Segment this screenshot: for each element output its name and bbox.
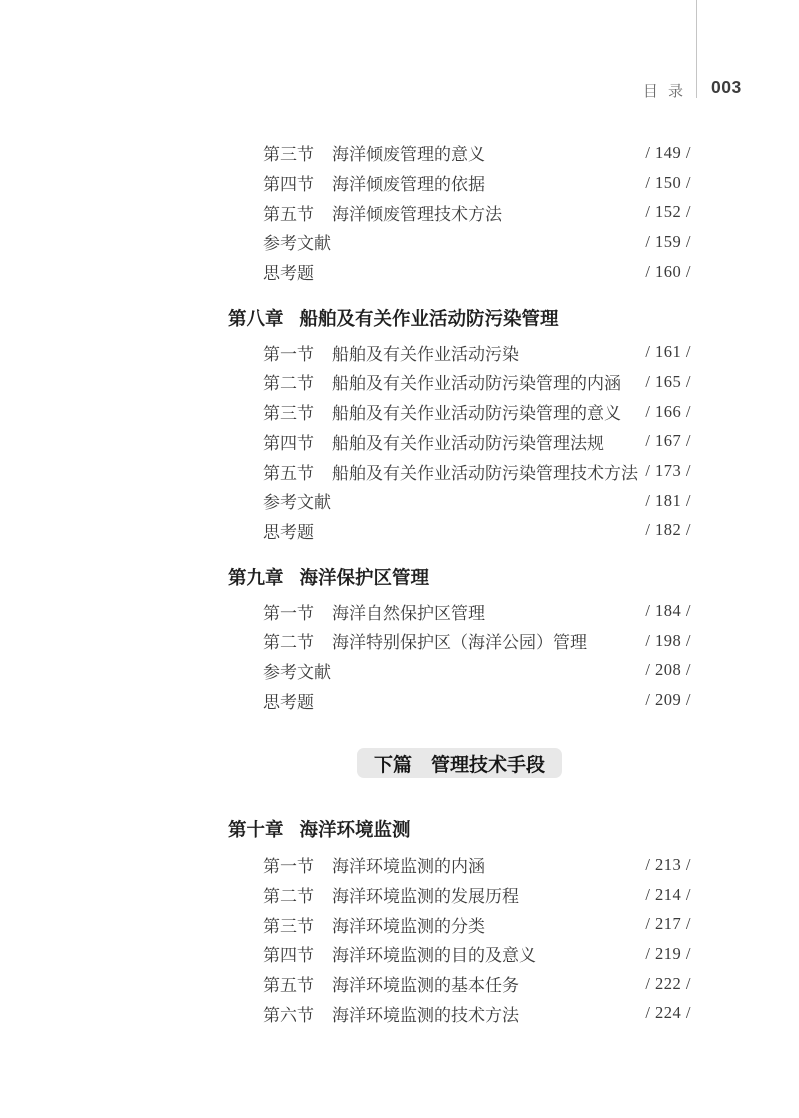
toc-entry-title: 船舶及有关作业活动防污染管理技术方法 — [332, 459, 638, 484]
toc-entry-label: 第三节 — [263, 399, 314, 424]
toc-entry-questions: 思考题 / 209 / — [228, 685, 691, 715]
toc-entry-title: 参考文献 — [263, 488, 331, 513]
chapter-label: 第十章 — [228, 816, 284, 842]
toc-entry-page: / 214 / — [639, 885, 691, 905]
toc-entry-page: / 166 / — [639, 402, 691, 422]
toc-entry-title: 海洋环境监测的发展历程 — [332, 882, 519, 907]
toc-entry: 第三节 海洋倾废管理的意义 / 149 / — [228, 138, 691, 168]
toc-entry-page: / 161 / — [639, 342, 691, 362]
toc-entry-page: / 208 / — [639, 660, 691, 680]
toc-entry-page: / 149 / — [639, 143, 691, 163]
toc-entry: 第四节 船舶及有关作业活动防污染管理法规 / 167 / — [228, 427, 691, 457]
toc-entry-label: 第四节 — [263, 429, 314, 454]
chapter-heading: 第九章 海洋保护区管理 — [228, 562, 691, 592]
toc-entry-label: 第三节 — [263, 912, 314, 937]
chapter-title: 海洋保护区管理 — [300, 564, 430, 590]
toc-entry: 第三节 海洋环境监测的分类 / 217 / — [228, 909, 691, 939]
toc-entry-title: 思考题 — [263, 688, 314, 713]
toc-entry-title: 海洋自然保护区管理 — [332, 599, 485, 624]
toc-entry-page: / 198 / — [639, 631, 691, 651]
toc-entry: 第一节 船舶及有关作业活动污染 / 161 / — [228, 337, 691, 367]
toc-entry-label: 第五节 — [263, 200, 314, 225]
toc-entry-page: / 159 / — [639, 232, 691, 252]
toc-entry: 第五节 海洋倾废管理技术方法 / 152 / — [228, 197, 691, 227]
toc-entry-title: 海洋环境监测的内涵 — [332, 852, 485, 877]
toc-entry-questions: 思考题 / 160 / — [228, 257, 691, 287]
toc-entry-page: / 181 / — [639, 491, 691, 511]
part-banner-title: 管理技术手段 — [431, 750, 545, 777]
toc-entry-page: / 182 / — [639, 520, 691, 540]
toc-entry: 第五节 海洋环境监测的基本任务 / 222 / — [228, 969, 691, 999]
header-section-label: 目 录 — [643, 80, 686, 101]
toc-entry-page: / 165 / — [639, 372, 691, 392]
toc-entry-label: 第一节 — [263, 599, 314, 624]
toc-entry-page: / 152 / — [639, 202, 691, 222]
chapter-label: 第八章 — [228, 305, 284, 331]
toc-entry-label: 第二节 — [263, 369, 314, 394]
toc-entry: 第二节 海洋环境监测的发展历程 / 214 / — [228, 880, 691, 910]
toc-entry-title: 思考题 — [263, 259, 314, 284]
toc-entry-page: / 209 / — [639, 690, 691, 710]
toc-entry-title: 海洋倾废管理的依据 — [332, 170, 485, 195]
toc-entry-label: 第四节 — [263, 941, 314, 966]
toc-entry-label: 第六节 — [263, 1001, 314, 1026]
toc-block-dumping-sections: 第三节 海洋倾废管理的意义 / 149 / 第四节 海洋倾废管理的依据 / 15… — [228, 138, 691, 286]
toc-entry: 第一节 海洋环境监测的内涵 / 213 / — [228, 850, 691, 880]
header-page-number: 003 — [711, 77, 742, 98]
toc-entry-title: 思考题 — [263, 518, 314, 543]
toc-entry-page: / 213 / — [639, 855, 691, 875]
toc-entry-title: 海洋环境监测的基本任务 — [332, 971, 519, 996]
toc-entry-page: / 219 / — [639, 944, 691, 964]
table-of-contents: 第三节 海洋倾废管理的意义 / 149 / 第四节 海洋倾废管理的依据 / 15… — [228, 138, 691, 1028]
toc-entry-label: 第二节 — [263, 628, 314, 653]
toc-entry-page: / 184 / — [639, 601, 691, 621]
toc-entry-questions: 思考题 / 182 / — [228, 516, 691, 546]
toc-entry: 第二节 海洋特别保护区（海洋公园）管理 / 198 / — [228, 626, 691, 656]
toc-entry-title: 海洋倾废管理技术方法 — [332, 200, 502, 225]
part-banner-part: 下篇 — [374, 750, 412, 777]
toc-entry-references: 参考文献 / 181 / — [228, 486, 691, 516]
toc-entry-title: 船舶及有关作业活动防污染管理的内涵 — [332, 369, 621, 394]
toc-entry: 第一节 海洋自然保护区管理 / 184 / — [228, 596, 691, 626]
header-divider-rule — [696, 0, 697, 98]
toc-block-chapter-10: 第十章 海洋环境监测 第一节 海洋环境监测的内涵 / 213 / 第二节 海洋环… — [228, 814, 691, 1028]
book-page: { "header": { "section_label": "目 录", "p… — [0, 0, 799, 1118]
toc-entry-page: / 224 / — [639, 1003, 691, 1023]
toc-block-chapter-9: 第九章 海洋保护区管理 第一节 海洋自然保护区管理 / 184 / 第二节 海洋… — [228, 562, 691, 715]
toc-entry-label: 第三节 — [263, 140, 314, 165]
toc-entry-label: 第一节 — [263, 852, 314, 877]
toc-entry: 第六节 海洋环境监测的技术方法 / 224 / — [228, 998, 691, 1028]
toc-entry-title: 海洋倾废管理的意义 — [332, 140, 485, 165]
toc-entry: 第四节 海洋倾废管理的依据 / 150 / — [228, 168, 691, 198]
toc-entry: 第二节 船舶及有关作业活动防污染管理的内涵 / 165 / — [228, 367, 691, 397]
toc-entry: 第五节 船舶及有关作业活动防污染管理技术方法 / 173 / — [228, 456, 691, 486]
toc-entry-title: 船舶及有关作业活动污染 — [332, 340, 519, 365]
toc-entry-page: / 160 / — [639, 262, 691, 282]
chapter-label: 第九章 — [228, 564, 284, 590]
toc-entry-label: 第四节 — [263, 170, 314, 195]
toc-entry-page: / 217 / — [639, 914, 691, 934]
toc-entry-page: / 150 / — [639, 173, 691, 193]
toc-entry-title: 海洋特别保护区（海洋公园）管理 — [332, 628, 587, 653]
toc-entry-title: 船舶及有关作业活动防污染管理法规 — [332, 429, 604, 454]
toc-entry: 第三节 船舶及有关作业活动防污染管理的意义 / 166 / — [228, 397, 691, 427]
toc-entry-label: 第二节 — [263, 882, 314, 907]
toc-entry-references: 参考文献 / 208 / — [228, 656, 691, 686]
toc-entry-label: 第一节 — [263, 340, 314, 365]
part-banner: 下篇 管理技术手段 — [357, 748, 562, 778]
chapter-title: 船舶及有关作业活动防污染管理 — [300, 305, 559, 331]
toc-entry-label: 第五节 — [263, 971, 314, 996]
toc-entry-title: 参考文献 — [263, 658, 331, 683]
toc-entry-title: 海洋环境监测的目的及意义 — [332, 941, 536, 966]
toc-entry-title: 海洋环境监测的分类 — [332, 912, 485, 937]
toc-entry: 第四节 海洋环境监测的目的及意义 / 219 / — [228, 939, 691, 969]
toc-entry-page: / 222 / — [639, 974, 691, 994]
chapter-heading: 第十章 海洋环境监测 — [228, 814, 691, 844]
toc-block-chapter-8: 第八章 船舶及有关作业活动防污染管理 第一节 船舶及有关作业活动污染 / 161… — [228, 303, 691, 545]
toc-entry-page: / 173 / — [639, 461, 691, 481]
chapter-heading: 第八章 船舶及有关作业活动防污染管理 — [228, 303, 691, 333]
toc-entry-label: 第五节 — [263, 459, 314, 484]
chapter-title: 海洋环境监测 — [300, 816, 411, 842]
toc-entry-title: 海洋环境监测的技术方法 — [332, 1001, 519, 1026]
toc-entry-title: 船舶及有关作业活动防污染管理的意义 — [332, 399, 621, 424]
toc-entry-references: 参考文献 / 159 / — [228, 227, 691, 257]
toc-entry-title: 参考文献 — [263, 229, 331, 254]
toc-entry-page: / 167 / — [639, 431, 691, 451]
